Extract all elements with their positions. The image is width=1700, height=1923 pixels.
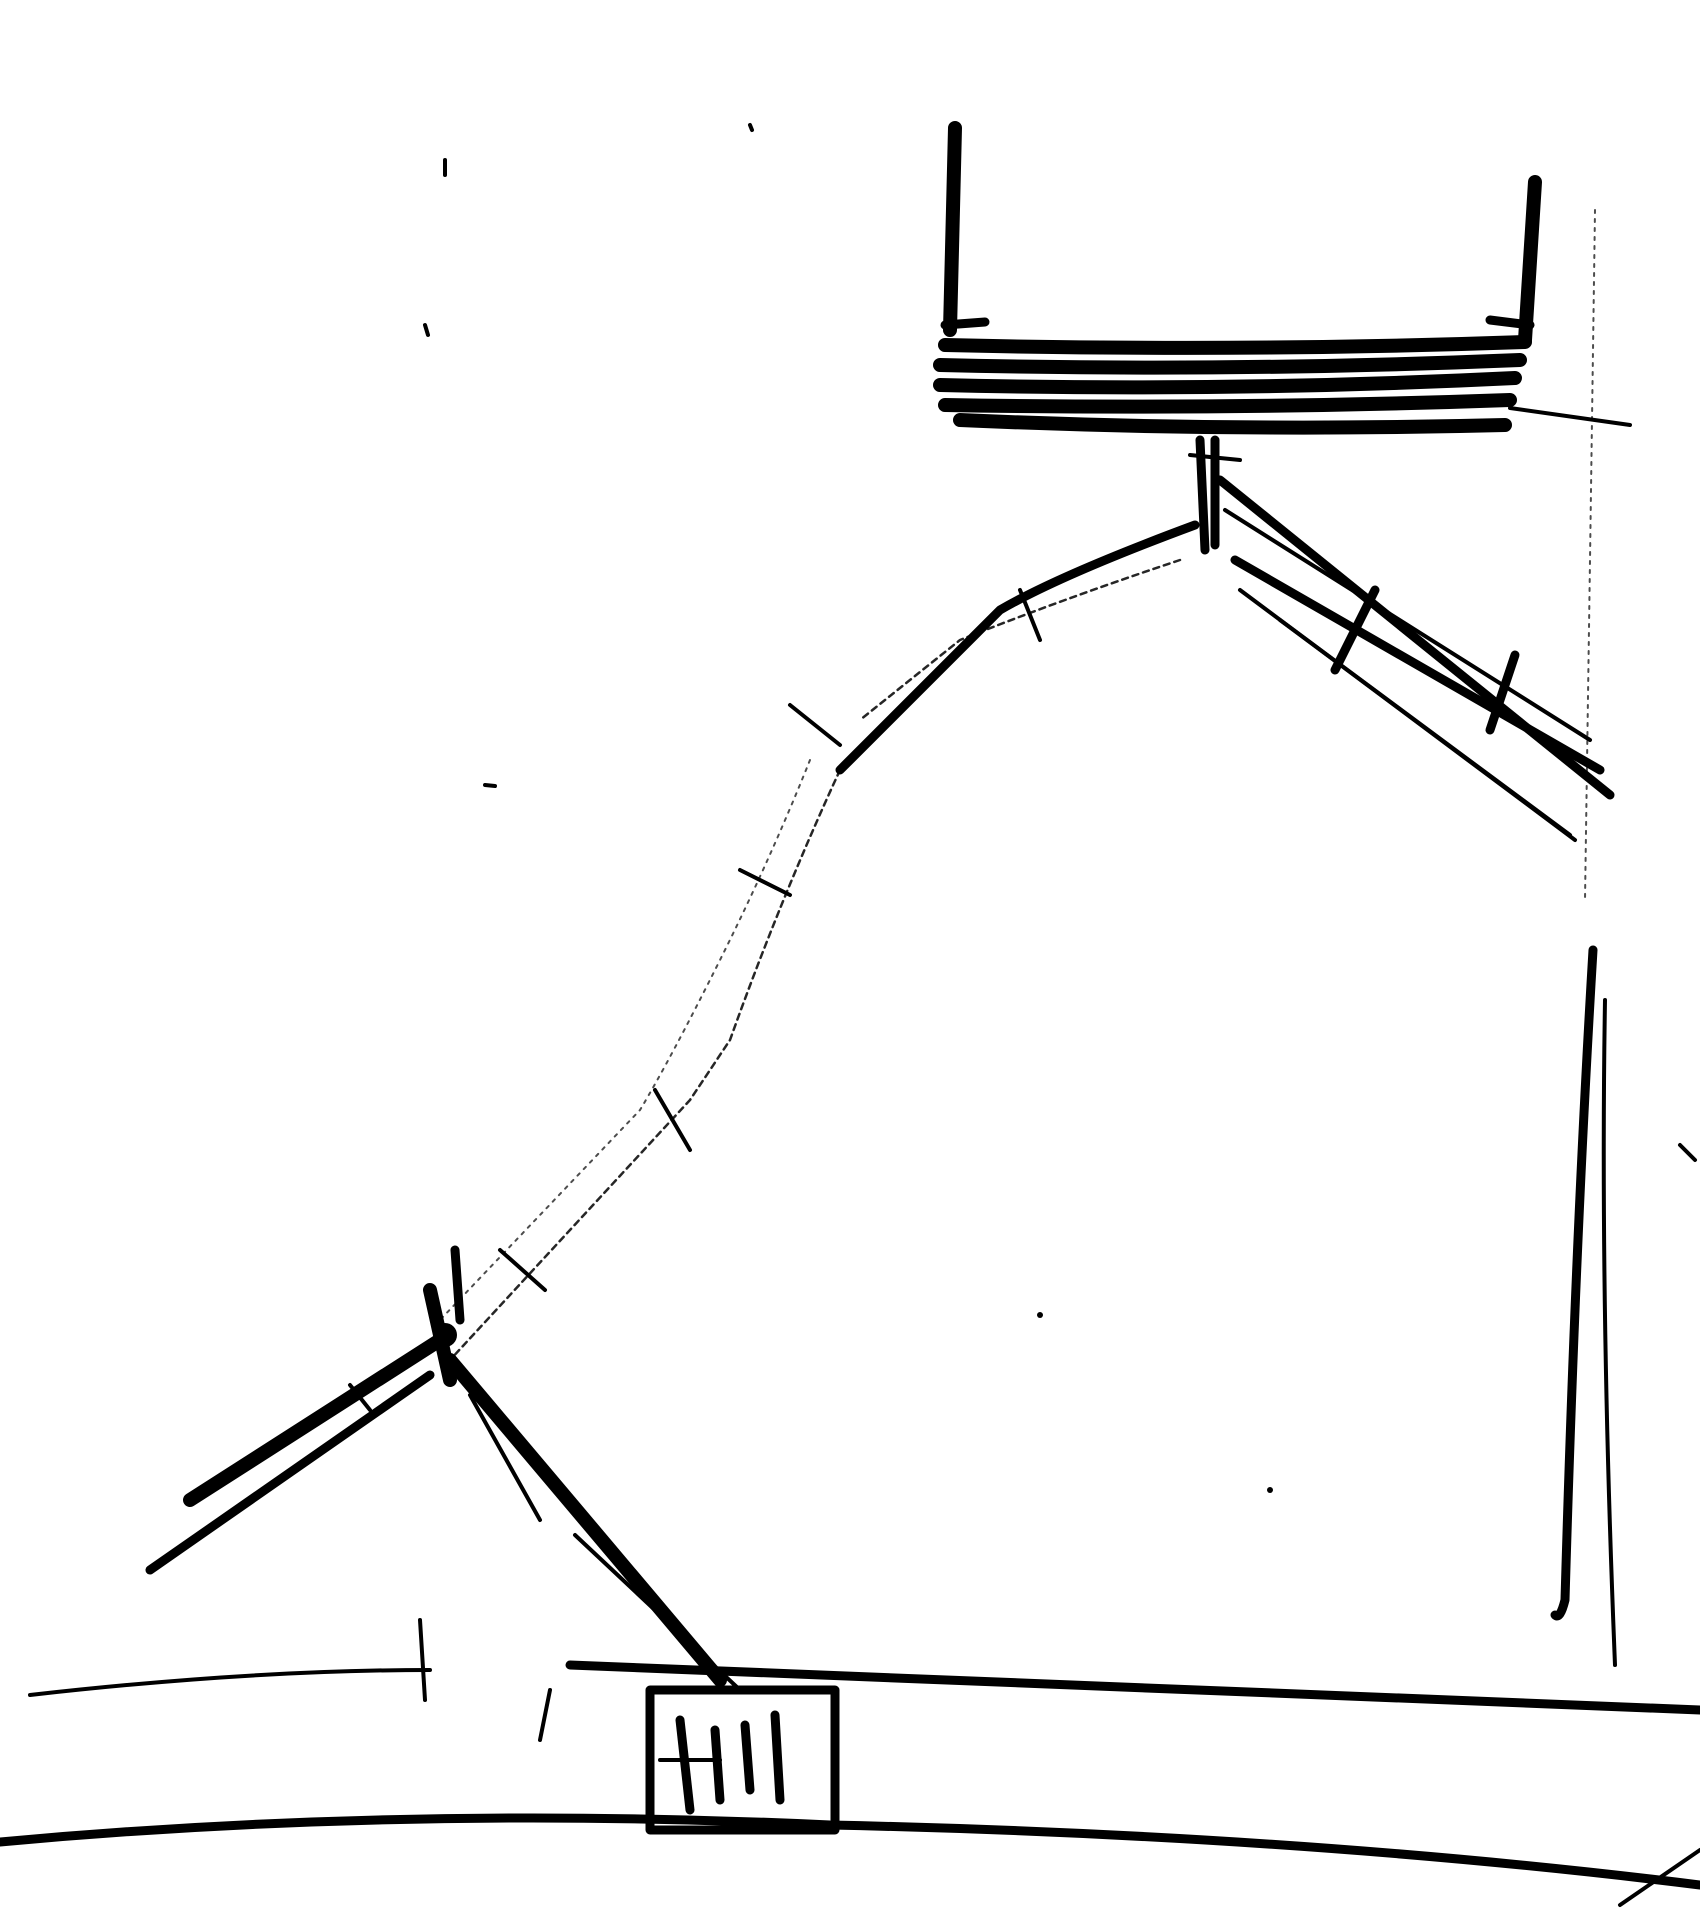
strut: [450, 1360, 740, 1690]
tray: [940, 128, 1630, 428]
counter-arm: [1220, 480, 1610, 840]
left-extension: [150, 1340, 440, 1570]
sketch-canvas: [0, 0, 1700, 1923]
ground-line: [0, 1818, 1700, 1905]
stray-marks: [425, 125, 1695, 1493]
table-line: [30, 1620, 1700, 1740]
upper-arm: [790, 525, 1195, 770]
base-block: [650, 1690, 835, 1830]
vertical-post: [1555, 210, 1615, 1665]
lower-arm: [440, 760, 840, 1360]
